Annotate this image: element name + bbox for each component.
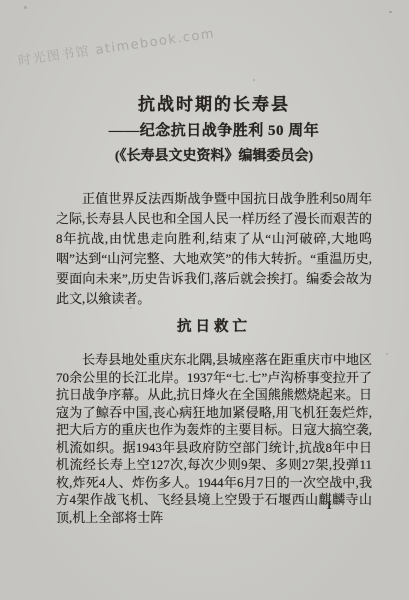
article-byline: (《长寿县文史资料》编辑委员会) — [56, 147, 372, 167]
body-paragraph: 长寿县地处重庆东北隅,县城座落在距重庆市中地区70余公里的长江北岸。1937年“… — [56, 351, 372, 526]
intro-paragraph: 正值世界反法西斯战争暨中国抗日战争胜利50周年之际,长寿县人民也和全国人民一样历… — [56, 189, 372, 309]
article-content: 抗战时期的长寿县 ——纪念抗日战争胜利 50 周年 (《长寿县文史资料》编辑委员… — [56, 94, 372, 526]
section-heading: 抗日救亡 — [56, 317, 372, 337]
article-subtitle: ——纪念抗日战争胜利 50 周年 — [56, 121, 372, 141]
watermark: 时光图书馆 atimebook.com — [17, 22, 216, 68]
scan-speck — [386, 353, 388, 355]
scan-speck — [389, 11, 392, 13]
article-title: 抗战时期的长寿县 — [56, 94, 372, 116]
page-number: 1 — [326, 498, 332, 513]
scanned-page: 时光图书馆 atimebook.com 抗战时期的长寿县 ——纪念抗日战争胜利 … — [0, 0, 409, 600]
scan-speck — [24, 6, 27, 9]
scan-speck — [253, 79, 255, 81]
